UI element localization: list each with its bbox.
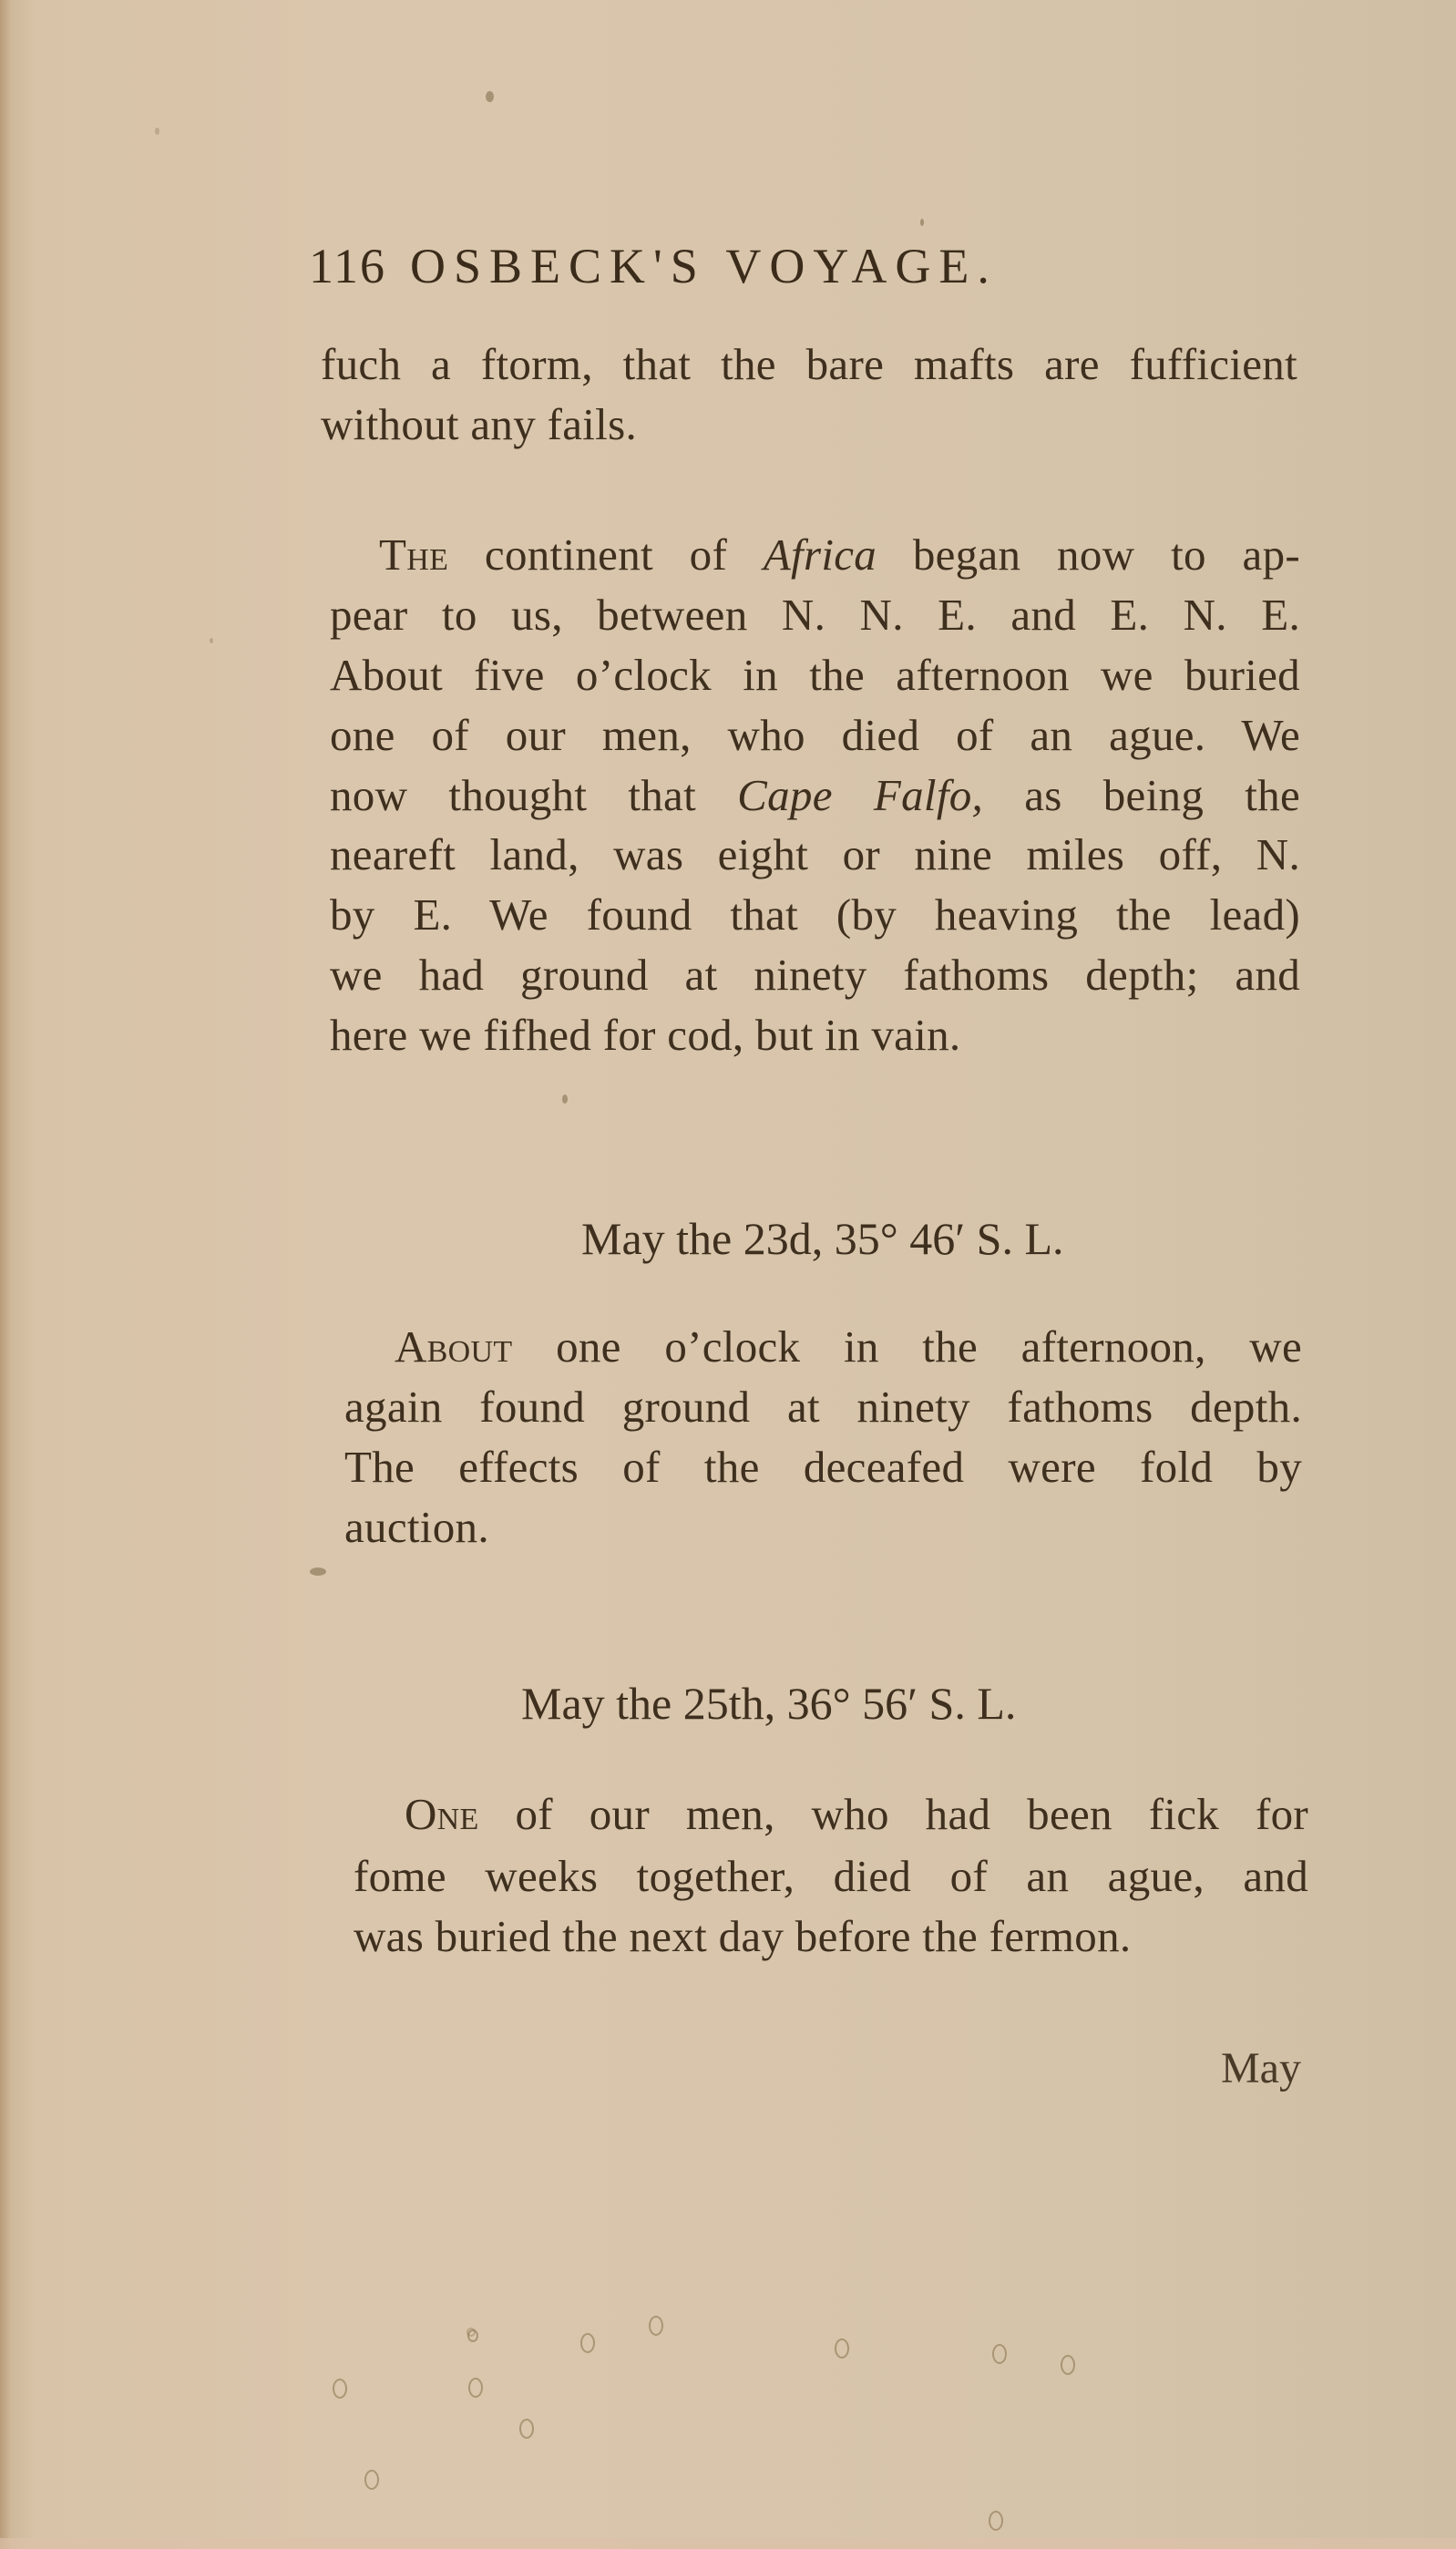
paper-flaw (649, 2316, 663, 2336)
body-line: one of our men, who died of an ague. We (330, 708, 1300, 763)
place-name-italic: Africa (764, 529, 877, 580)
paper-speck (155, 128, 159, 135)
entry-heading: May the 25th, 36° 56′ S. L. (521, 1676, 1016, 1731)
body-line: About five o’clock in the afternoon we b… (330, 648, 1300, 703)
paper-flaw (992, 2344, 1007, 2364)
entry-heading: May the 23d, 35° 46′ S. L. (581, 1211, 1064, 1266)
paper-flaw (835, 2338, 849, 2359)
body-line: The continent of Africa began now to ap- (379, 528, 1300, 582)
text-run: one o’clock in the afternoon, we (512, 1321, 1302, 1372)
text-run: began now to ap- (877, 529, 1300, 580)
small-caps-lead: One (405, 1789, 479, 1839)
paper-flaw (1061, 2355, 1075, 2375)
body-line: was buried the next day before the fermo… (354, 1909, 1131, 1964)
text-run: continent of (448, 529, 764, 580)
body-line: fome weeks together, died of an ague, an… (354, 1849, 1308, 1904)
catchword: May (1221, 2041, 1301, 2096)
paper-speck (310, 1567, 326, 1576)
body-line: we had ground at ninety fathoms depth; a… (330, 948, 1300, 1002)
place-name-italic: Cape Falfo, (737, 770, 983, 820)
running-head: 116OSBECK'S VOYAGE. (309, 239, 1193, 293)
paper-flaw (519, 2419, 534, 2439)
body-line: again found ground at ninety fathoms dep… (344, 1380, 1302, 1434)
body-line: The effects of the deceafed were fold by (344, 1440, 1302, 1495)
body-line: fuch a ftorm, that the bare mafts are fu… (321, 337, 1297, 392)
body-line: by E. We found that (by heaving the lead… (330, 888, 1300, 942)
paper-speck (562, 1095, 568, 1104)
paper-speck (486, 91, 494, 102)
paper-flaw (989, 2511, 1003, 2531)
page-bottom-edge (0, 2538, 1456, 2549)
small-caps-lead: About (395, 1321, 512, 1372)
paper-flaw (580, 2333, 595, 2353)
body-line: One of our men, who had been fick for (405, 1787, 1308, 1842)
paper-flaw (333, 2379, 347, 2399)
paper-flaw (364, 2470, 379, 2490)
running-title: OSBECK'S VOYAGE. (410, 239, 998, 293)
page-gutter-shadow (0, 0, 13, 2549)
body-line: neareft land, was eight or nine miles of… (330, 827, 1300, 882)
body-line: now thought that Cape Falfo, as being th… (330, 768, 1300, 823)
body-line: About one o’clock in the afternoon, we (395, 1320, 1302, 1374)
body-line: pear to us, between N. N. E. and E. N. E… (330, 588, 1300, 642)
page-number: 116 (309, 239, 386, 293)
body-line: without any fails. (321, 397, 637, 452)
text-run: of our men, who had been fick for (479, 1789, 1308, 1839)
paper-speck (920, 219, 924, 226)
paper-flaw (468, 2378, 483, 2398)
small-caps-lead: The (379, 529, 448, 580)
text-run: as being the (983, 770, 1300, 820)
paper-flaw (467, 2328, 476, 2337)
text-run: now thought that (330, 770, 737, 820)
body-line: here we fifhed for cod, but in vain. (330, 1008, 960, 1063)
body-line: auction. (344, 1500, 489, 1555)
paper-speck (210, 638, 213, 643)
